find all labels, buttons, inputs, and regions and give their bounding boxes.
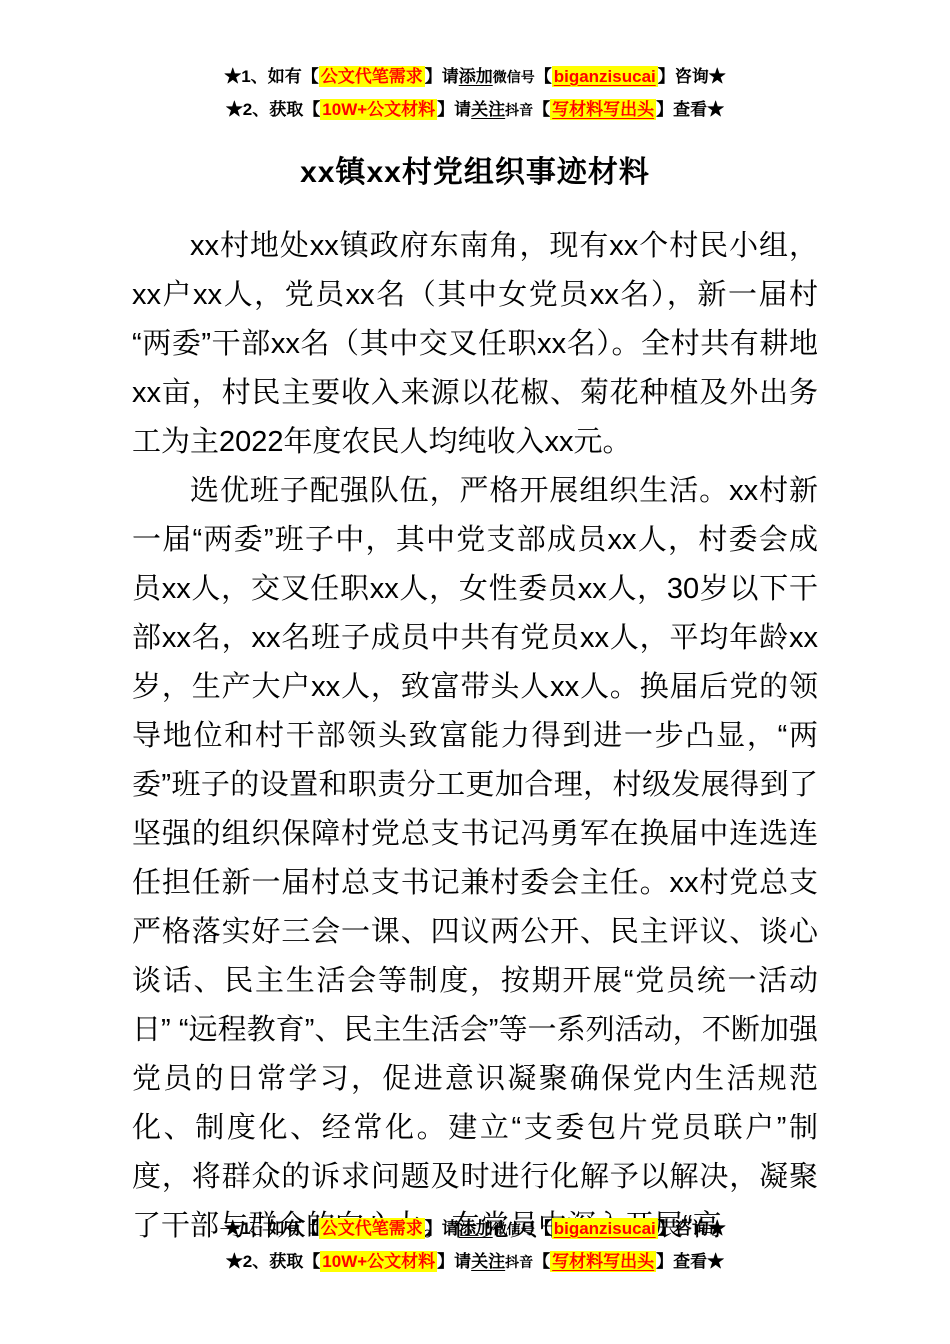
notice-line: ★2、获取【10W+公文材料】请关注抖音【写材料写出头】查看★ [0,1245,950,1278]
notice-segment: 】请 [425,67,459,86]
notice-line: ★1、如有【公文代笔需求】请添加微信号【biganzisucai】咨询★ [0,1212,950,1245]
notice-segment: 】查看★ [656,100,724,119]
notice-segment: 10W+公文材料 [320,1251,437,1272]
document-page: ★1、如有【公文代笔需求】请添加微信号【biganzisucai】咨询★★2、获… [0,0,950,1344]
notice-line: ★1、如有【公文代笔需求】请添加微信号【biganzisucai】咨询★ [0,60,950,93]
notice-segment: 【 [535,67,552,86]
paragraph: xx村地处xx镇政府东南角，现有xx个村民小组，xx户xx人，党员xx名（其中女… [132,222,818,467]
notice-segment: 【 [535,1219,552,1238]
notice-segment: 抖音 [505,102,533,118]
notice-segment: 【 [533,1252,550,1271]
notice-segment: 】请 [425,1219,459,1238]
footer-notice: ★1、如有【公文代笔需求】请添加微信号【biganzisucai】咨询★★2、获… [0,1212,950,1278]
paragraph: 选优班子配强队伍，严格开展组织生活。xx村新一届“两委”班子中，其中党支部成员x… [132,467,818,1251]
notice-segment: 添加 [459,67,493,86]
notice-segment: 】请 [437,100,471,119]
notice-segment: 抖音 [505,1254,533,1270]
notice-segment: ★2、获取【 [226,1252,320,1271]
notice-segment: ★1、如有【 [224,67,318,86]
notice-segment: ★2、获取【 [226,100,320,119]
notice-segment: 】咨询★ [658,67,726,86]
notice-segment: 【 [533,100,550,119]
notice-line: ★2、获取【10W+公文材料】请关注抖音【写材料写出头】查看★ [0,93,950,126]
notice-segment: 】请 [437,1252,471,1271]
notice-segment: biganzisucai [552,66,658,87]
notice-segment: ★1、如有【 [224,1219,318,1238]
notice-segment: 】查看★ [656,1252,724,1271]
notice-segment: 写材料写出头 [550,1251,656,1272]
notice-segment: 10W+公文材料 [320,99,437,120]
notice-segment: biganzisucai [552,1218,658,1239]
document-title: xx镇xx村党组织事迹材料 [0,152,950,194]
notice-segment: 公文代笔需求 [319,1218,425,1239]
notice-segment: 微信号 [493,1221,535,1237]
notice-segment: 微信号 [493,69,535,85]
notice-segment: 写材料写出头 [550,99,656,120]
header-notice: ★1、如有【公文代笔需求】请添加微信号【biganzisucai】咨询★★2、获… [0,0,950,126]
notice-segment: 关注 [471,1252,505,1271]
notice-segment: 公文代笔需求 [319,66,425,87]
document-body: xx村地处xx镇政府东南角，现有xx个村民小组，xx户xx人，党员xx名（其中女… [132,222,818,1251]
notice-segment: 关注 [471,100,505,119]
notice-segment: 】咨询★ [658,1219,726,1238]
notice-segment: 添加 [459,1219,493,1238]
